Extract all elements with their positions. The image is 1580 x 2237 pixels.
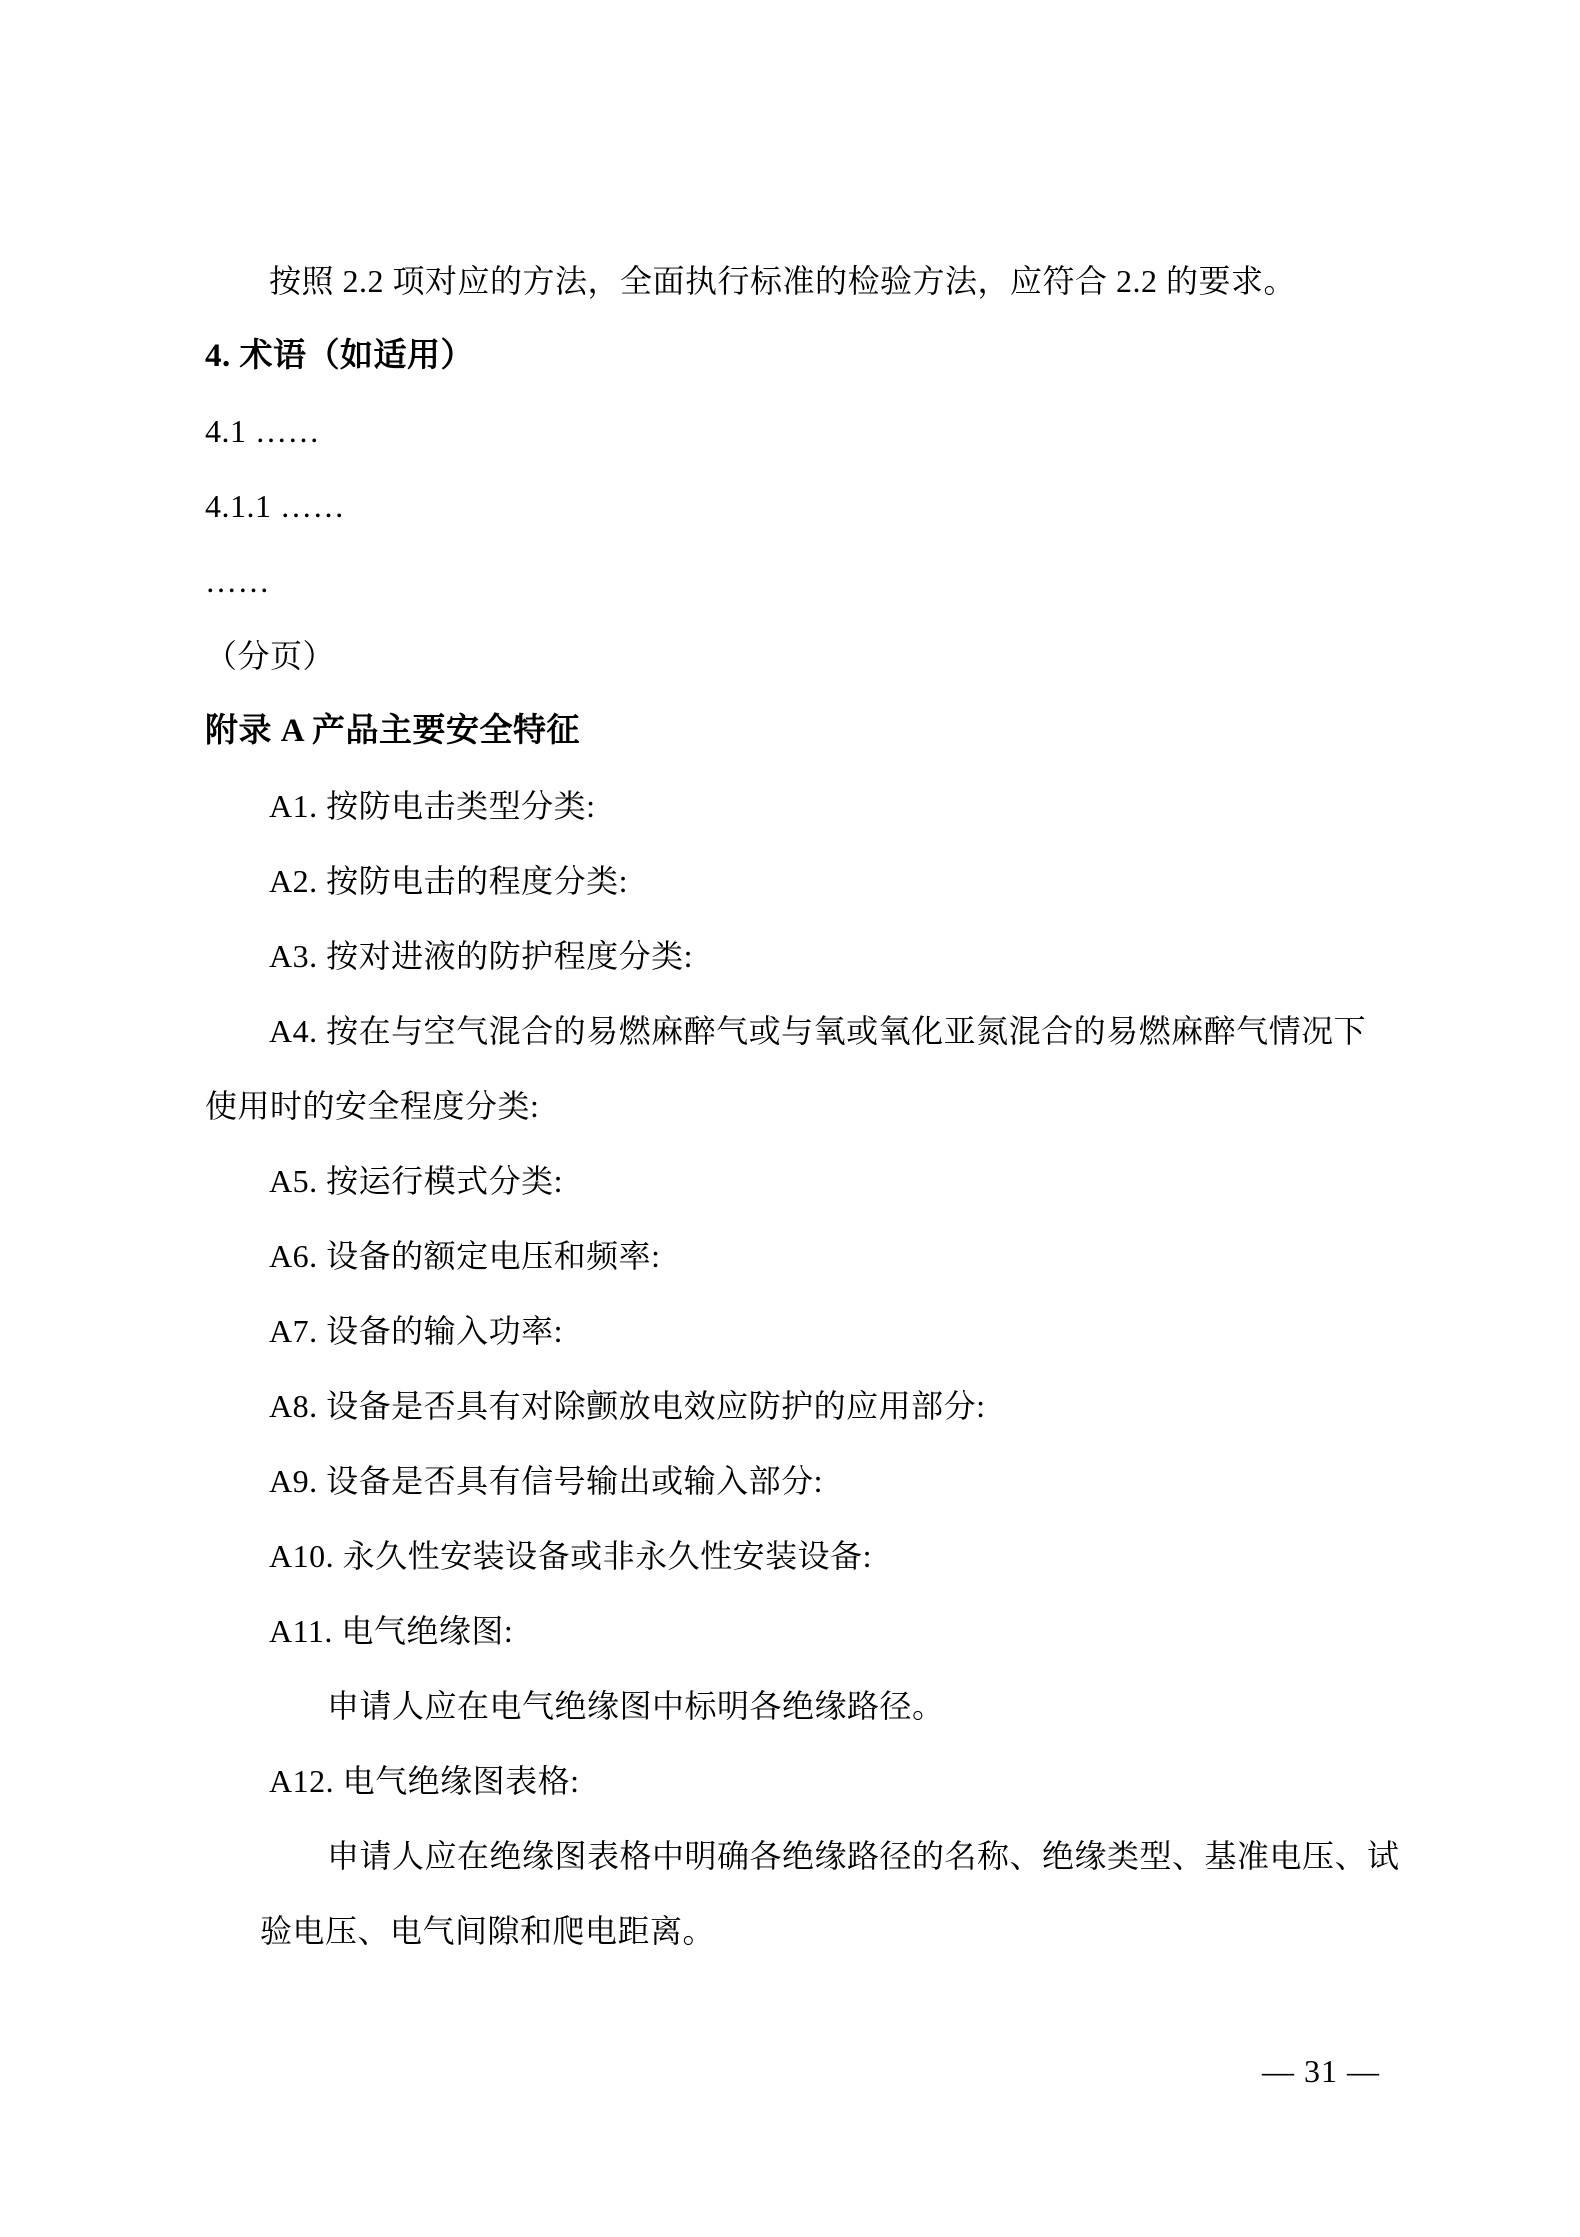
page-number: — 31 — — [1262, 2034, 1380, 2109]
document-body: 按照 2.2 项对应的方法，全面执行标准的检验方法，应符合 2.2 的要求。4.… — [205, 244, 1445, 1969]
document-page: 按照 2.2 项对应的方法，全面执行标准的检验方法，应符合 2.2 的要求。4.… — [0, 0, 1580, 2237]
text-line: 4. 术语（如适用） — [205, 319, 1445, 394]
text-line: A11. 电气绝缘图: — [205, 1594, 1445, 1669]
text-line: A9. 设备是否具有信号输出或输入部分: — [205, 1444, 1445, 1519]
text-line: A8. 设备是否具有对除颤放电效应防护的应用部分: — [205, 1369, 1445, 1444]
text-line: A12. 电气绝缘图表格: — [205, 1744, 1445, 1819]
text-line: A6. 设备的额定电压和频率: — [205, 1219, 1445, 1294]
text-line: 附录 A 产品主要安全特征 — [205, 694, 1445, 769]
text-line: A5. 按运行模式分类: — [205, 1144, 1445, 1219]
text-line: …… — [205, 544, 1445, 619]
text-line: 申请人应在电气绝缘图中标明各绝缘路径。 — [205, 1669, 1445, 1744]
text-line: 4.1.1 …… — [205, 469, 1445, 544]
text-line: A2. 按防电击的程度分类: — [205, 844, 1445, 919]
text-line: A10. 永久性安装设备或非永久性安装设备: — [205, 1519, 1445, 1594]
text-line: （分页） — [205, 619, 1445, 694]
text-line: 按照 2.2 项对应的方法，全面执行标准的检验方法，应符合 2.2 的要求。 — [205, 244, 1445, 319]
text-line: 使用时的安全程度分类: — [205, 1069, 1445, 1144]
text-line: A4. 按在与空气混合的易燃麻醉气或与氧或氧化亚氮混合的易燃麻醉气情况下 — [205, 994, 1445, 1069]
text-line: 4.1 …… — [205, 394, 1445, 469]
text-line: A3. 按对进液的防护程度分类: — [205, 919, 1445, 994]
text-line: 申请人应在绝缘图表格中明确各绝缘路径的名称、绝缘类型、基准电压、试 — [205, 1819, 1445, 1894]
text-line: A7. 设备的输入功率: — [205, 1294, 1445, 1369]
text-line: 验电压、电气间隙和爬电距离。 — [205, 1894, 1445, 1969]
text-line: A1. 按防电击类型分类: — [205, 769, 1445, 844]
